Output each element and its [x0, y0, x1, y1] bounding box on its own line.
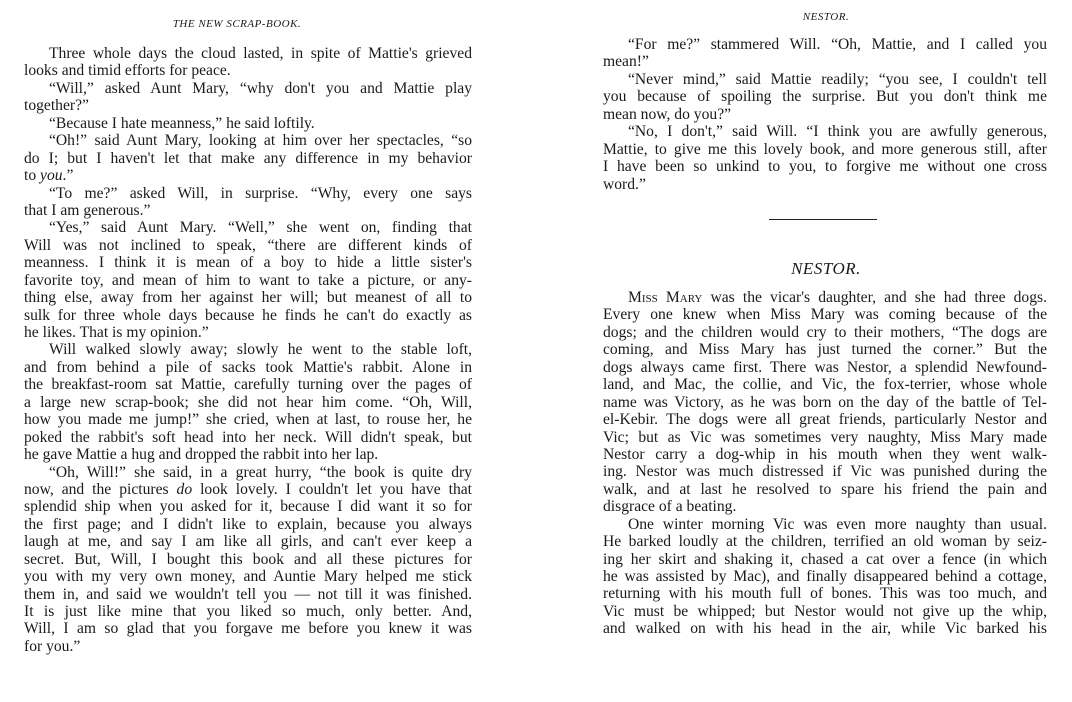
text-line: Will was not inclined to speak, “there a…	[24, 237, 472, 254]
text-line: favorite toy, and mean of him to want to…	[24, 272, 472, 289]
text-line: Mattie, to give me this lovely book, and…	[603, 141, 1047, 158]
text-line: Will walked slowly away; slowly he went …	[24, 341, 472, 358]
text-line: It is just like mine that you liked so m…	[24, 603, 472, 620]
text-line: Three whole days the cloud lasted, in sp…	[24, 45, 472, 62]
text-line: do I; but I haven't let that make any di…	[24, 150, 472, 167]
text-line: together?”	[24, 97, 472, 114]
text-line: Vic must be whipped; but Nestor would no…	[603, 603, 1047, 620]
running-head-right: NESTOR.	[604, 11, 1048, 23]
text-line: dogs always came first. There was Nestor…	[603, 359, 1047, 376]
section-title: NESTOR.	[604, 259, 1048, 279]
right-page-continuation: “For me?” stammered Will. “Oh, Mattie, a…	[603, 36, 1047, 193]
text-line: name was Victory, as he was born on the …	[603, 394, 1047, 411]
text-line: “Never mind,” said Mattie readily; “you …	[603, 71, 1047, 88]
text-line: Vic; but as Vic was sometimes very naugh…	[603, 429, 1047, 446]
text-line: word.”	[603, 176, 1047, 193]
text-line: mean now, do you?”	[603, 106, 1047, 123]
text-line: for you.”	[24, 638, 472, 655]
text-line: el-Kebir. The dogs were all great friend…	[603, 411, 1047, 428]
text-line: he likes. That is my opinion.”	[24, 324, 472, 341]
text-line: you with my very own money, and Auntie M…	[24, 568, 472, 585]
text-line: sulk for three whole days because he fin…	[24, 307, 472, 324]
right-page-section-body: Miss Mary was the vicar's daughter, and …	[603, 289, 1047, 638]
text-line: that I am generous.”	[24, 202, 472, 219]
text-line: splendid ship when you asked for it, bec…	[24, 498, 472, 515]
text-line: ing. Nestor was much distressed if Vic w…	[603, 463, 1047, 480]
text-line: “Oh!” said Aunt Mary, looking at him ove…	[24, 132, 472, 149]
text-line: laugh at me, and say I am like all girls…	[24, 533, 472, 550]
text-line: “For me?” stammered Will. “Oh, Mattie, a…	[603, 36, 1047, 53]
text-line: the breakfast-room sat Mattie, carefully…	[24, 376, 472, 393]
left-page: THE NEW SCRAP-BOOK. Three whole days the…	[0, 0, 536, 702]
text-line: “Oh, Will!” she said, in a great hurry, …	[24, 464, 472, 481]
text-line: secret. But, Will, I bought this book an…	[24, 551, 472, 568]
text-line: walk, and at last he resolved to spare h…	[603, 481, 1047, 498]
text-line: disgrace of a beating.	[603, 498, 1047, 515]
text-line: dogs; and the children would cry to thei…	[603, 324, 1047, 341]
text-line: “Yes,” said Aunt Mary. “Well,” she went …	[24, 219, 472, 236]
text-line: “To me?” asked Will, in surprise. “Why, …	[24, 185, 472, 202]
text-line: he was assisted by Mac), and finally dis…	[603, 568, 1047, 585]
text-line: I have been so unkind to you, to forgive…	[603, 158, 1047, 175]
text-line: the first page; and I didn't like to exp…	[24, 516, 472, 533]
text-line: Every one knew when Miss Mary was coming…	[603, 306, 1047, 323]
text-line: and walked on with his head in the air, …	[603, 620, 1047, 637]
text-line: to you.”	[24, 167, 472, 184]
left-page-body: Three whole days the cloud lasted, in sp…	[24, 45, 472, 655]
text-line: Will, I am so glad that you forgave me b…	[24, 620, 472, 637]
text-line: them in, and said we wouldn't tell you —…	[24, 586, 472, 603]
text-line: how you made me jump!” she cried, when a…	[24, 411, 472, 428]
section-divider-rule	[769, 219, 877, 220]
text-line: “No, I don't,” said Will. “I think you a…	[603, 123, 1047, 140]
text-line: Miss Mary was the vicar's daughter, and …	[603, 289, 1047, 306]
text-line: a large new scrap-book; she did not hear…	[24, 394, 472, 411]
text-line: you because of spoiling the surprise. Bu…	[603, 88, 1047, 105]
text-line: ing her skirt and shaking it, chased a c…	[603, 551, 1047, 568]
text-line: meanness. I think it is mean of a boy to…	[24, 254, 472, 271]
text-line: “Because I hate meanness,” he said lofti…	[24, 115, 472, 132]
text-line: thing else, away from her against her wi…	[24, 289, 472, 306]
text-line: looks and timid efforts for peace.	[24, 62, 472, 79]
running-head-left: THE NEW SCRAP-BOOK.	[0, 18, 474, 30]
text-line: One winter morning Vic was even more nau…	[603, 516, 1047, 533]
text-line: coming, and Miss Mary has just turned th…	[603, 341, 1047, 358]
text-line: Nestor carry a dog-whip in his mouth whe…	[603, 446, 1047, 463]
text-line: now, and the pictures do look lovely. I …	[24, 481, 472, 498]
text-line: mean!”	[603, 53, 1047, 70]
text-line: returning with his mouth full of bones. …	[603, 585, 1047, 602]
text-line: he gave Mattie a hug and dropped the rab…	[24, 446, 472, 463]
text-line: poked the rabbit's soft head into her ne…	[24, 429, 472, 446]
text-line: He barked loudly at the children, terrif…	[603, 533, 1047, 550]
text-line: and from behind a pile of sacks took Mat…	[24, 359, 472, 376]
text-line: land, and Mac, the collie, and Vic, the …	[603, 376, 1047, 393]
text-line: “Will,” asked Aunt Mary, “why don't you …	[24, 80, 472, 97]
right-page: NESTOR. “For me?” stammered Will. “Oh, M…	[536, 0, 1072, 702]
